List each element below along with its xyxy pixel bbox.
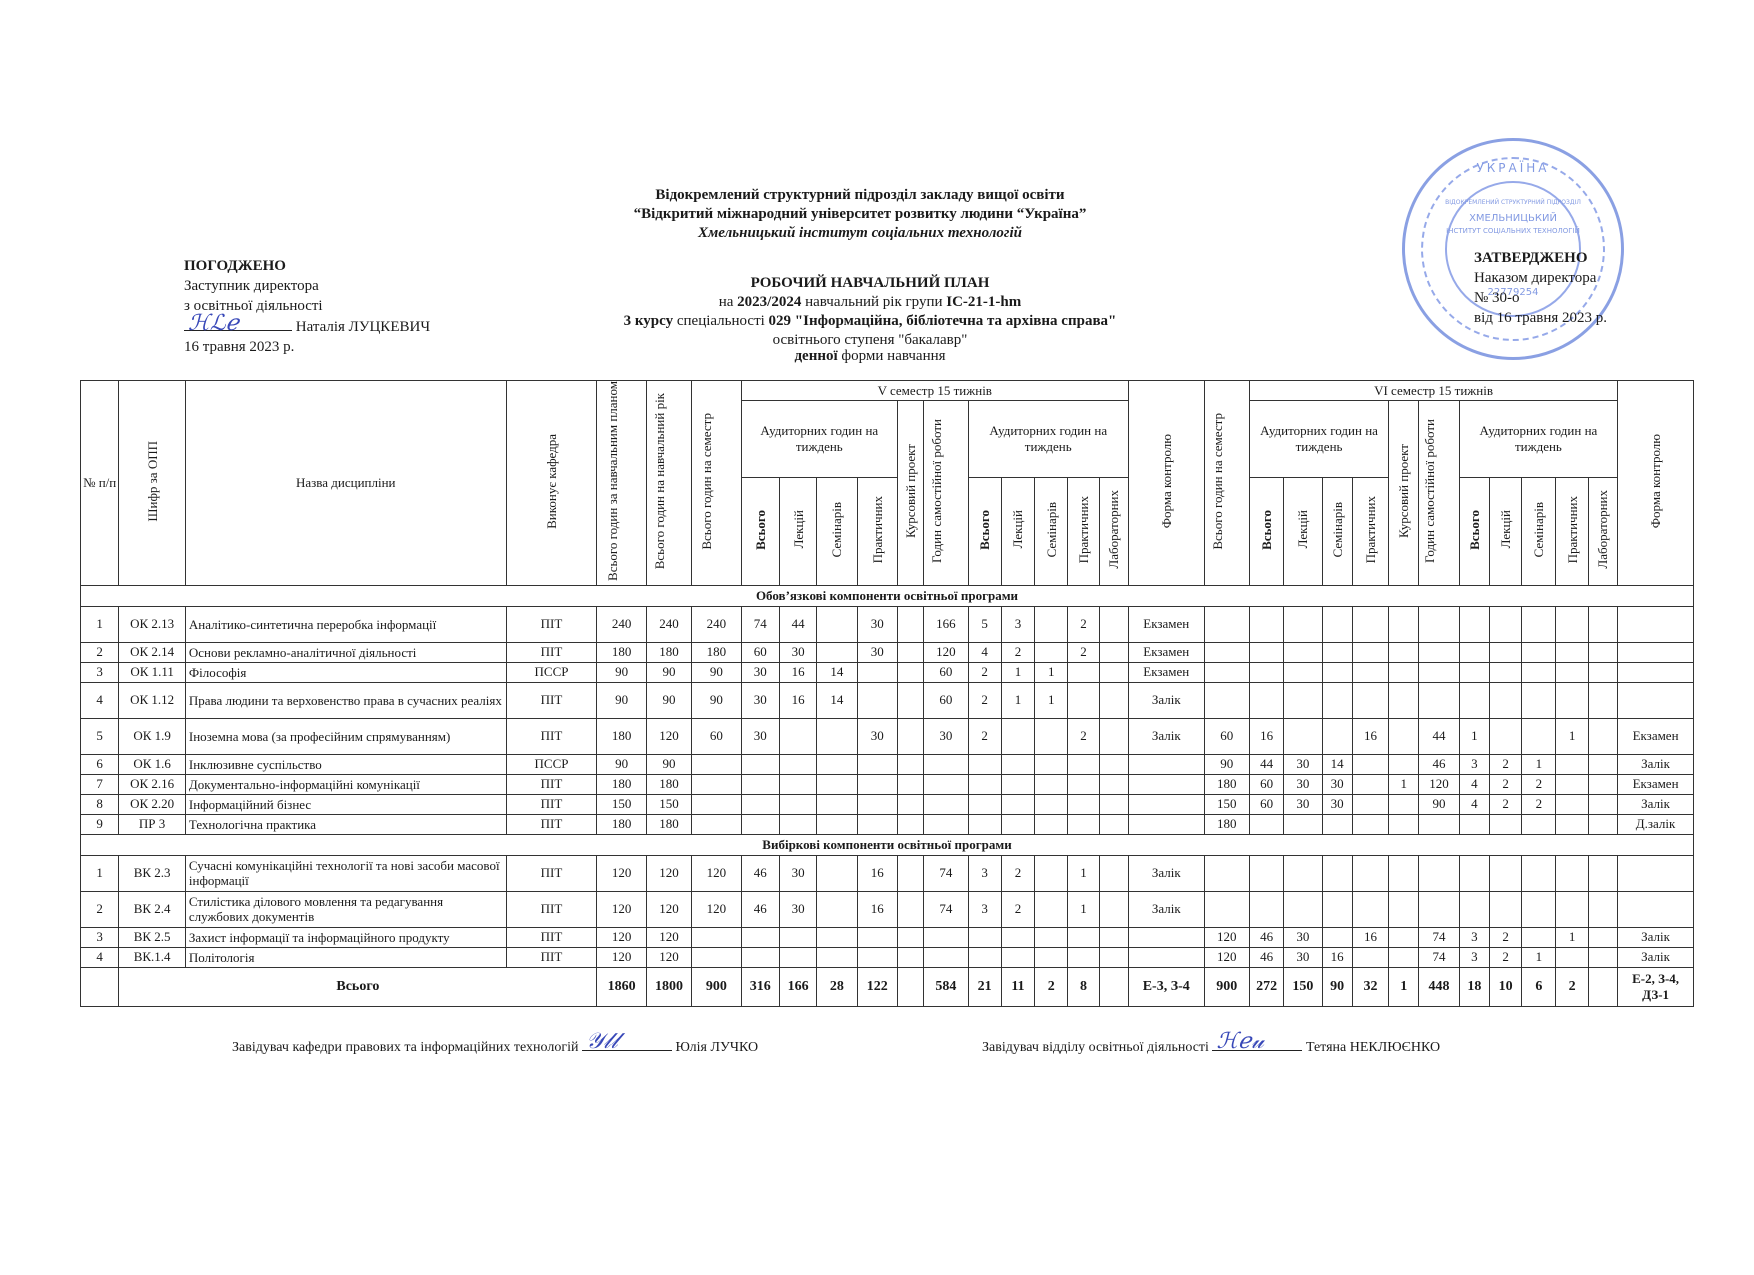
table-cell: 90 [597,682,646,718]
approved-block: ЗАТВЕРДЖЕНО Наказом директора № 30-о від… [1474,248,1607,328]
plan-title: РОБОЧИЙ НАВЧАЛЬНИЙ ПЛАН [560,274,1180,293]
table-cell [857,814,897,834]
table-cell: 60 [692,718,741,754]
table-cell [1249,682,1283,718]
table-cell: 2 [1489,927,1521,947]
table-cell [1035,891,1068,927]
table-cell: 16 [1352,718,1388,754]
stamp-inner-3: ІНСТИТУТ СОЦІАЛЬНИХ ТЕХНОЛОГІЙ [1405,227,1621,235]
table-cell: 120 [646,947,691,967]
table-cell: 30 [857,606,897,642]
table-cell [1001,754,1034,774]
table-cell [1556,855,1588,891]
table-cell [1099,794,1128,814]
discipline-name: Сучасні комунікаційні технології та нові… [185,855,506,891]
col-self-work-6: Годин самостійної роботи [1419,401,1459,586]
table-cell: 60 [741,642,779,662]
course: 3 курсу [624,313,673,329]
table-cell [1035,718,1068,754]
table-cell: 74 [924,855,968,891]
table-cell: 90 [597,662,646,682]
discipline-code: ОК 2.14 [119,642,186,662]
table-row: 4ОК 1.12Права людини та верховенство пра… [81,682,1694,718]
stamp-outer-text: УКРАЇНА [1405,161,1621,175]
table-cell [741,794,779,814]
table-cell [1522,855,1556,891]
total-cell: Е-2, З-4, ДЗ-1 [1618,967,1694,1006]
sub-lect: Лекцій [1284,477,1322,585]
sub-pract: Практичних [1556,477,1588,585]
plan-spec-line: 3 курсу спеціальності 029 "Інформаційна,… [560,312,1180,331]
table-cell: 120 [1419,774,1459,794]
total-cell: 90 [1322,967,1352,1006]
table-cell: 6 [81,754,119,774]
table-cell: 30 [779,855,816,891]
total-cell: 28 [817,967,857,1006]
total-cell: 6 [1522,967,1556,1006]
sub-sem: Семінарів [1035,477,1068,585]
table-cell [857,754,897,774]
table-cell [1284,606,1322,642]
discipline-code: ВК.1.4 [119,947,186,967]
table-cell: 46 [741,855,779,891]
discipline-name: Інформаційний бізнес [185,794,506,814]
table-cell: 2 [1068,718,1099,754]
table-cell [857,794,897,814]
section-row-mandatory: Обов’язкові компоненти освітньої програм… [81,585,1694,606]
table-cell [1588,774,1617,794]
semester-6-header: VI семестр 15 тижнів [1249,381,1617,401]
spec-mid: спеціальності [677,313,765,329]
table-cell [1035,754,1068,774]
table-cell [692,774,741,794]
aud-week-5a: Аудиторних годин на тиждень [741,401,897,478]
table-cell: 1 [1556,927,1588,947]
table-cell: Залік [1128,682,1204,718]
table-cell [1522,718,1556,754]
table-cell [1618,891,1694,927]
agreed-title: ПОГОДЖЕНО [184,256,430,276]
table-cell [968,794,1001,814]
table-cell [1068,814,1099,834]
table-cell [1099,855,1128,891]
table-cell: 46 [1249,947,1283,967]
table-cell [1249,606,1283,642]
discipline-name: Технологічна практика [185,814,506,834]
total-cell: 1860 [597,967,646,1006]
table-cell: ПІТ [506,814,597,834]
table-cell: 240 [597,606,646,642]
table-cell: 2 [1068,606,1099,642]
table-cell [779,774,816,794]
table-cell [817,794,857,814]
table-cell: 1 [1035,682,1068,718]
table-cell [1322,927,1352,947]
table-cell [897,794,923,814]
table-cell [924,947,968,967]
table-cell [1588,947,1617,967]
table-cell: 30 [1322,794,1352,814]
agreed-date: 16 травня 2023 р. [184,337,430,357]
table-cell: 166 [924,606,968,642]
table-cell: 14 [817,682,857,718]
table-cell: 3 [1459,754,1489,774]
table-cell: 60 [1204,718,1249,754]
table-cell: 30 [741,662,779,682]
table-cell [1618,682,1694,718]
table-cell: 74 [1419,947,1459,967]
table-cell [1419,642,1459,662]
table-cell [1035,814,1068,834]
section-elective-label: Вибіркові компоненти освітньої програми [81,834,1694,855]
table-cell [817,642,857,662]
table-cell [1419,682,1459,718]
table-cell: 16 [1352,927,1388,947]
sub-pract: Практичних [1068,477,1099,585]
table-cell: 180 [597,774,646,794]
table-cell: 150 [597,794,646,814]
table-cell: 1 [1389,774,1419,794]
table-cell [1419,662,1459,682]
table-cell: 44 [1419,718,1459,754]
table-cell [1352,947,1388,967]
table-cell [1001,927,1034,947]
table-cell [1588,814,1617,834]
table-cell [1249,814,1283,834]
table-cell [897,642,923,662]
table-cell [924,754,968,774]
table-cell [1522,814,1556,834]
table-cell [1128,754,1204,774]
table-cell: 5 [81,718,119,754]
table-cell: 74 [1419,927,1459,947]
table-cell [1522,682,1556,718]
table-cell [897,662,923,682]
table-cell: 30 [1284,774,1322,794]
table-cell [1588,794,1617,814]
table-cell: 1 [1522,754,1556,774]
table-cell [1099,606,1128,642]
total-cell: 32 [1352,967,1388,1006]
curriculum-table: № п/п Шифр за ОПП Назва дисципліни Викон… [80,380,1694,1007]
col-total-sem-6: Всього годин на семестр [1204,381,1249,586]
table-cell [1099,754,1128,774]
year-mid: навчальний рік групи [805,294,942,310]
table-cell: 90 [597,754,646,774]
sub-all: Всього [1459,477,1489,585]
table-cell: ПІТ [506,718,597,754]
table-cell [924,927,968,947]
discipline-name: Захист інформації та інформаційного прод… [185,927,506,947]
table-cell [897,682,923,718]
table-cell [1352,754,1388,774]
table-cell [1588,754,1617,774]
sub-sem: Семінарів [1522,477,1556,585]
col-total-sem: Всього годин на семестр [692,381,741,586]
table-cell: 120 [692,891,741,927]
table-cell [1489,662,1521,682]
col-total-year: Всього годин на навчальний рік [646,381,691,586]
total-cell: 584 [924,967,968,1006]
academic-year: 2023/2024 [737,294,801,310]
table-cell: ПІТ [506,927,597,947]
table-cell [897,947,923,967]
discipline-code: ОК 2.20 [119,794,186,814]
col-control-5: Форма контролю [1128,381,1204,586]
table-cell [1068,682,1099,718]
table-cell: 2 [1489,774,1521,794]
table-cell: ПІТ [506,606,597,642]
table-cell [968,947,1001,967]
table-cell [1556,947,1588,967]
table-cell: ПІТ [506,891,597,927]
table-cell: 240 [692,606,741,642]
table-cell [1128,947,1204,967]
table-cell: 2 [1522,774,1556,794]
agreed-role-1: Заступник директора [184,276,430,296]
table-cell [857,662,897,682]
sub-pract: Практичних [857,477,897,585]
table-cell [1322,606,1352,642]
table-cell [1099,682,1128,718]
table-cell [897,855,923,891]
stamp-inner-2: ХМЕЛЬНИЦЬКИЙ [1405,213,1621,224]
table-cell: 30 [741,718,779,754]
table-cell [741,774,779,794]
table-cell: 120 [597,891,646,927]
table-cell [857,927,897,947]
table-cell [779,927,816,947]
total-cell: 8 [1068,967,1099,1006]
table-cell [1284,855,1322,891]
table-cell [1419,855,1459,891]
table-cell: 60 [1249,774,1283,794]
table-cell [1522,662,1556,682]
approved-line-3: від 16 травня 2023 р. [1474,308,1607,328]
table-cell [1419,814,1459,834]
table-cell [1322,891,1352,927]
table-cell: 3 [1459,927,1489,947]
col-self-work-5: Годин самостійної роботи [924,401,968,586]
table-cell: 16 [1249,718,1283,754]
total-cell: 2 [1035,967,1068,1006]
table-cell [1459,682,1489,718]
footer-right-signature: ℋℯ𝓊 [1212,1036,1302,1051]
col-course-project-6: Курсовий проект [1389,401,1419,586]
table-cell: 180 [597,814,646,834]
table-cell: 74 [741,606,779,642]
table-cell [1068,662,1099,682]
table-body: Обов’язкові компоненти освітньої програм… [81,585,1694,1006]
table-cell [741,814,779,834]
table-cell: 16 [857,855,897,891]
table-cell [1389,662,1419,682]
table-cell [1035,947,1068,967]
total-cell: 166 [779,967,816,1006]
sub-lect: Лекцій [1489,477,1521,585]
discipline-code: ОК 2.13 [119,606,186,642]
table-cell [1489,718,1521,754]
table-cell: 1 [1035,662,1068,682]
table-cell [1249,642,1283,662]
discipline-name: Стилістика ділового мовлення та редагува… [185,891,506,927]
table-cell [1249,855,1283,891]
table-cell: 2 [1489,754,1521,774]
table-cell: 14 [817,662,857,682]
discipline-name: Документально-інформаційні комунікації [185,774,506,794]
table-cell [1618,855,1694,891]
table-cell [1459,814,1489,834]
discipline-name: Філософія [185,662,506,682]
table-cell: 7 [81,774,119,794]
table-cell: ПІТ [506,855,597,891]
table-cell: 2 [1489,794,1521,814]
table-cell: ПІТ [506,947,597,967]
table-cell [1035,855,1068,891]
aud-week-6b: Аудиторних годин на тиждень [1459,401,1617,478]
table-cell [1459,606,1489,642]
table-cell: Залік [1128,891,1204,927]
institution-line-3: Хмельницький інститут соціальних техноло… [560,224,1160,243]
table-cell: 30 [1284,947,1322,967]
table-cell: 46 [1419,754,1459,774]
table-cell: Екзамен [1128,662,1204,682]
aud-week-6a: Аудиторних годин на тиждень [1249,401,1388,478]
table-cell [1352,662,1388,682]
semester-5-header: V семестр 15 тижнів [741,381,1128,401]
table-cell: 16 [779,662,816,682]
table-cell [1068,754,1099,774]
discipline-code: ОК 1.12 [119,682,186,718]
table-cell [857,947,897,967]
table-cell [779,814,816,834]
footer-right: Завідувач відділу освітньої діяльності ℋ… [982,1036,1440,1056]
table-cell: Екзамен [1128,642,1204,662]
table-cell [1204,606,1249,642]
table-cell [1389,642,1419,662]
table-cell: 90 [646,682,691,718]
table-cell: 90 [692,682,741,718]
signature: ℋℒℯ [184,316,292,331]
table-row: 4ВК.1.4ПолітологіяПІТ1201201204630167432… [81,947,1694,967]
table-cell [1389,682,1419,718]
table-cell: 2 [968,682,1001,718]
discipline-code: ОК 1.11 [119,662,186,682]
col-num: № п/п [81,381,119,586]
table-cell [1419,606,1459,642]
table-cell [968,814,1001,834]
table-cell [1068,947,1099,967]
table-cell [897,774,923,794]
total-cell: 448 [1419,967,1459,1006]
table-cell [897,754,923,774]
table-row: 3ВК 2.5Захист інформації та інформаційно… [81,927,1694,947]
table-cell [1389,927,1419,947]
table-row: 1ОК 2.13Аналітико-синтетична переробка і… [81,606,1694,642]
table-cell: 2 [968,662,1001,682]
table-cell: ПІТ [506,642,597,662]
table-cell [817,754,857,774]
table-cell [1352,891,1388,927]
table-cell: 5 [968,606,1001,642]
table-row: 1ВК 2.3Сучасні комунікаційні технології … [81,855,1694,891]
table-cell: 30 [924,718,968,754]
table-cell [1618,662,1694,682]
table-cell [1419,891,1459,927]
discipline-code: ОК 1.6 [119,754,186,774]
agreed-signature-line: ℋℒℯ Наталія ЛУЦКЕВИЧ [184,316,430,337]
table-cell: 90 [646,662,691,682]
table-cell: 44 [779,606,816,642]
total-cell: 10 [1489,967,1521,1006]
table-cell [1556,794,1588,814]
table-cell [857,774,897,794]
total-cell [1099,967,1128,1006]
table-cell: ПССР [506,754,597,774]
table-cell: 44 [1249,754,1283,774]
table-cell [1035,794,1068,814]
table-cell: 90 [646,754,691,774]
table-cell [779,718,816,754]
col-dept: Виконує кафедра [506,381,597,586]
total-label: Всього [119,967,597,1006]
footer-left-signature: 𝒴𝓁𝓁 [582,1036,672,1051]
table-cell [692,814,741,834]
table-cell [1099,927,1128,947]
approved-line-2: № 30-о [1474,288,1607,308]
sub-all: Всього [741,477,779,585]
table-row: 9ПР 3Технологічна практикаПІТ180180180Д.… [81,814,1694,834]
table-cell: 1 [1556,718,1588,754]
table-row: 6ОК 1.6Інклюзивне суспільствоПССР9090904… [81,754,1694,774]
table-cell [817,947,857,967]
table-cell: 1 [1068,891,1099,927]
table-cell: 4 [1459,794,1489,814]
table-cell [897,718,923,754]
table-cell [1556,754,1588,774]
table-cell [1588,662,1617,682]
table-cell [1588,718,1617,754]
approved-title: ЗАТВЕРДЖЕНО [1474,248,1607,268]
table-cell: 3 [81,662,119,682]
total-cell: 1 [1389,967,1419,1006]
table-cell [924,794,968,814]
table-cell [1322,855,1352,891]
table-cell [1068,927,1099,947]
total-cell: 316 [741,967,779,1006]
table-cell [1588,891,1617,927]
sub-all: Всього [968,477,1001,585]
table-cell [897,606,923,642]
table-cell [1556,642,1588,662]
table-cell: 180 [646,642,691,662]
table-cell [1322,814,1352,834]
table-cell [1099,947,1128,967]
sub-sem: Семінарів [1322,477,1352,585]
table-cell: 3 [968,855,1001,891]
table-cell: 1 [81,606,119,642]
table-cell: 74 [924,891,968,927]
table-cell: Екзамен [1618,718,1694,754]
table-cell [1556,814,1588,834]
table-cell: 16 [857,891,897,927]
col-course-project-5: Курсовий проект [897,401,923,586]
table-cell: ПІТ [506,794,597,814]
total-cell: 2 [1556,967,1588,1006]
footer-left-role: Завідувач кафедри правових та інформацій… [232,1040,578,1055]
table-cell [1249,662,1283,682]
study-form: денної [794,348,837,364]
